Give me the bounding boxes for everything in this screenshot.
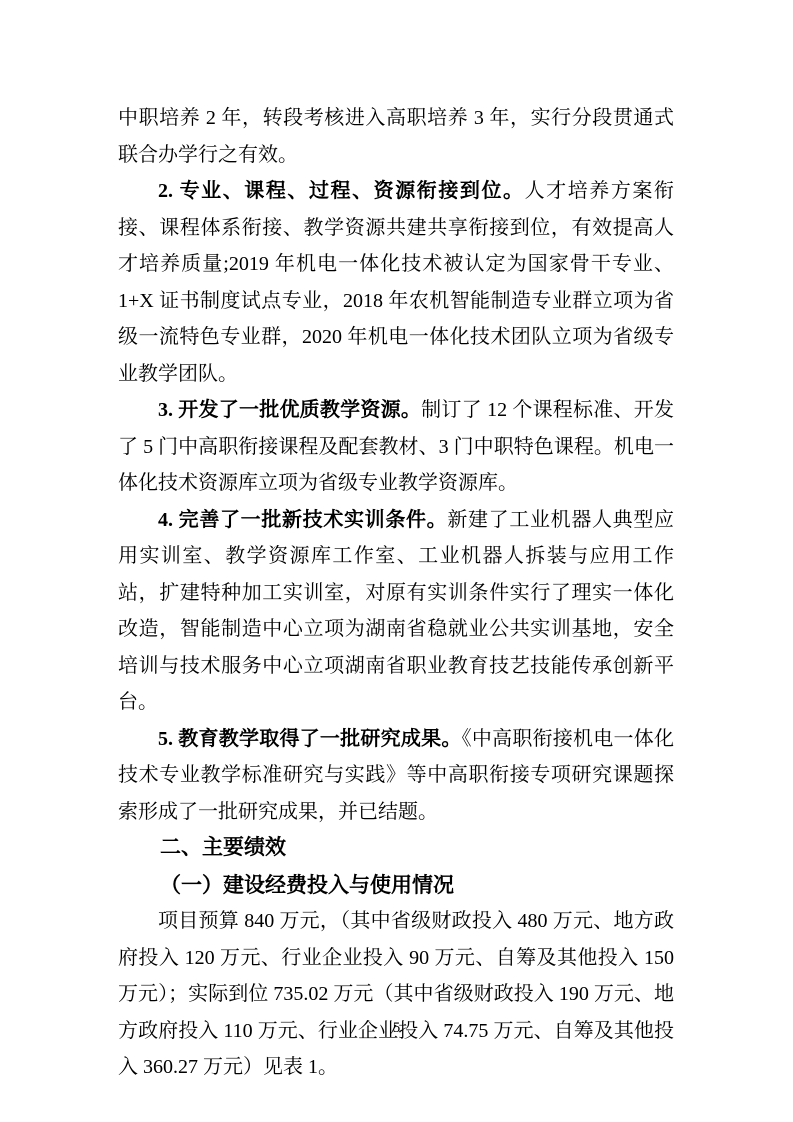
paragraph-lead: 3. 开发了一批优质教学资源。 — [158, 399, 421, 421]
paragraph: 3. 开发了一批优质教学资源。制订了 12 个课程标准、开发了 5 门中高职衔接… — [118, 392, 674, 502]
paragraph-lead: 5. 教育教学取得了一批研究成果。 — [158, 728, 462, 750]
paragraph-text: 中职培养 2 年，转段考核进入高职培养 3 年，实行分段贯通式联合办学行之有效。 — [118, 107, 674, 166]
page-footer: 5 — [0, 1020, 793, 1037]
paragraph-text: 人才培养方案衔接、课程体系衔接、教学资源共建共享衔接到位，有效提高人才培养质量;… — [118, 180, 674, 385]
paragraph-lead: 4. 完善了一批新技术实训条件。 — [158, 509, 447, 531]
paragraph-text: 项目预算 840 万元，（其中省级财政投入 480 万元、地方政府投入 120 … — [118, 910, 674, 1078]
paragraph: 项目预算 840 万元，（其中省级财政投入 480 万元、地方政府投入 120 … — [118, 903, 674, 1086]
paragraph-lead: 2. 专业、课程、过程、资源衔接到位。 — [158, 180, 525, 202]
section-heading: 二、主要绩效 — [118, 830, 674, 867]
document-body: 中职培养 2 年，转段考核进入高职培养 3 年，实行分段贯通式联合办学行之有效。… — [118, 100, 674, 1086]
page-number: 5 — [393, 1020, 401, 1036]
document-page: 中职培养 2 年，转段考核进入高职培养 3 年，实行分段贯通式联合办学行之有效。… — [0, 0, 793, 1122]
paragraph: 5. 教育教学取得了一批研究成果。《中高职衔接机电一体化技术专业教学标准研究与实… — [118, 721, 674, 831]
paragraph: 中职培养 2 年，转段考核进入高职培养 3 年，实行分段贯通式联合办学行之有效。 — [118, 100, 674, 173]
subsection-heading: （一）建设经费投入与使用情况 — [118, 867, 674, 904]
paragraph: 2. 专业、课程、过程、资源衔接到位。人才培养方案衔接、课程体系衔接、教学资源共… — [118, 173, 674, 392]
paragraph: 4. 完善了一批新技术实训条件。新建了工业机器人典型应用实训室、教学资源库工作室… — [118, 502, 674, 721]
paragraph-text: 新建了工业机器人典型应用实训室、教学资源库工作室、工业机器人拆装与应用工作站，扩… — [118, 509, 674, 714]
